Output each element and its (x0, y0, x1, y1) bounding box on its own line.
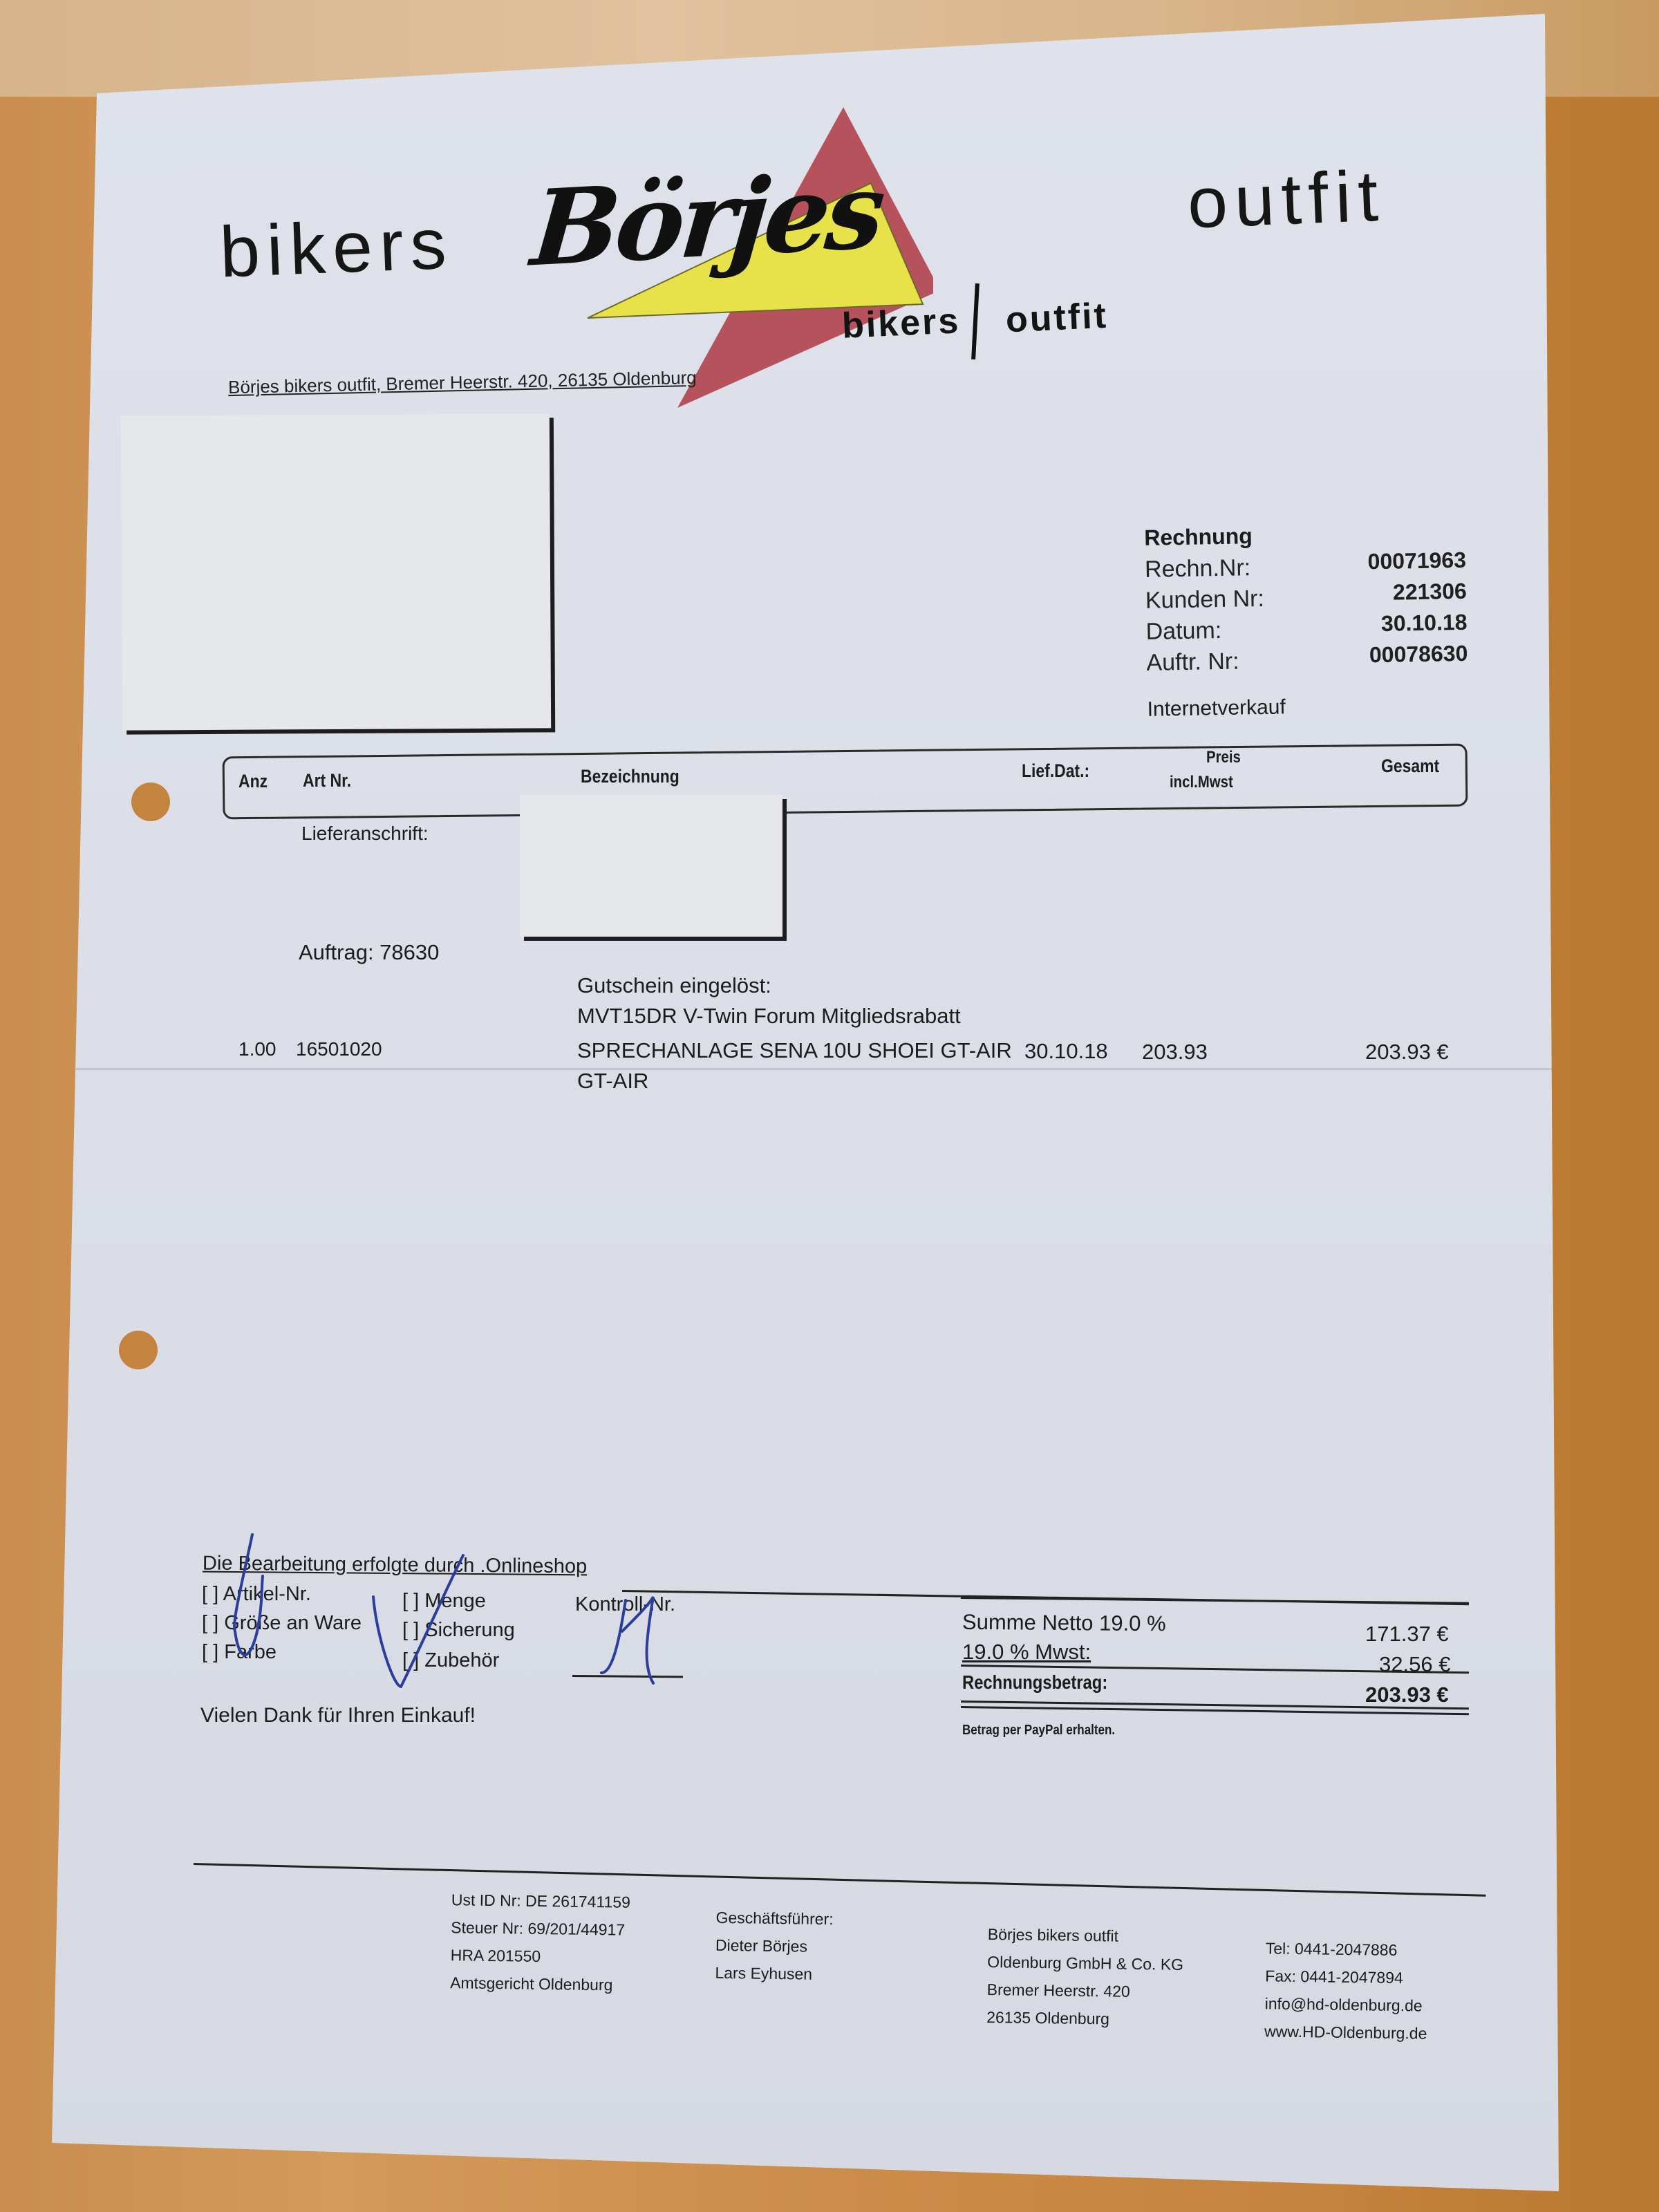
footer-contact: Tel: 0441-2047886 Fax: 0441-2047894 info… (1264, 1934, 1428, 2047)
date-label: Datum: (1145, 617, 1221, 646)
logo-divider (971, 283, 980, 359)
punch-hole (131, 782, 170, 821)
company-city: 26135 Oldenburg (986, 2003, 1183, 2034)
row-delivery-date: 30.10.18 (1024, 1039, 1108, 1064)
logo-word-bikers: bikers (218, 203, 455, 294)
company-street: Bremer Heerstr. 420 (986, 1976, 1183, 2006)
logo-sub-outfit: outfit (1005, 295, 1109, 341)
invoice-number-value: 00071963 (1286, 547, 1467, 577)
invoice-total-value: 203.93 € (1365, 1683, 1449, 1707)
logo-script-name: Börjes (527, 149, 886, 290)
website-link[interactable]: www.HD-Oldenburg.de (1264, 2017, 1427, 2047)
footer-management: Geschäftsführer: Dieter Börjes Lars Eyhu… (715, 1904, 834, 1988)
phone: Tel: 0441-2047886 (1266, 1934, 1429, 1964)
company-legal-name: Oldenburg GmbH & Co. KG (987, 1948, 1183, 1978)
net-total-value: 171.37 € (1365, 1622, 1449, 1647)
logo-word-outfit: outfit (1186, 156, 1387, 245)
email-link[interactable]: info@hd-oldenburg.de (1264, 1989, 1427, 2019)
col-header-delivery-date: Lief.Dat.: (1022, 760, 1089, 782)
date-value: 30.10.18 (1287, 610, 1468, 639)
net-total-label: Summe Netto 19.0 % (962, 1610, 1166, 1637)
managing-director: Dieter Börjes (715, 1931, 834, 1960)
order-number-value: 00078630 (1288, 641, 1468, 670)
payment-note: Betrag per PayPal erhalten. (962, 1723, 1115, 1738)
fax: Fax: 0441-2047894 (1265, 1962, 1428, 1991)
voucher-text: MVT15DR V-Twin Forum Mitgliedsrabatt (577, 1004, 961, 1029)
customer-number-label: Kunden Nr: (1145, 585, 1265, 615)
sales-channel: Internetverkauf (1147, 695, 1286, 721)
row-description-cont: GT-AIR (577, 1069, 648, 1094)
delivery-address-redacted (520, 795, 782, 937)
invoice-paper: bikers Börjes outfit bikers outfit Börje… (0, 0, 1659, 2212)
footer-company: Börjes bikers outfit Oldenburg GmbH & Co… (986, 1920, 1184, 2034)
voucher-label: Gutschein eingelöst: (577, 973, 771, 998)
order-number-label: Auftr. Nr: (1146, 648, 1239, 677)
management-label: Geschäftsführer: (715, 1904, 834, 1933)
thank-you-message: Vielen Dank für Ihren Einkauf! (200, 1704, 476, 1727)
col-header-price-line1: Preis (1206, 748, 1241, 767)
delivery-address-label: Lieferanschrift: (301, 823, 429, 845)
handwritten-checkmarks-icon (194, 1528, 719, 1694)
invoice-number-label: Rechn.Nr: (1145, 554, 1251, 583)
tax-number: Steuer Nr: 69/201/44917 (451, 1913, 630, 1944)
col-header-article: Art Nr. (303, 770, 351, 791)
row-total: 203.93 € (1365, 1040, 1449, 1065)
footer-divider (194, 1863, 1486, 1897)
vat-id: Ust ID Nr: DE 261741159 (451, 1886, 631, 1916)
logo-sub-bikers: bikers (841, 300, 962, 346)
col-header-description: Bezeichnung (581, 766, 679, 787)
invoice-title: Rechnung (1144, 523, 1253, 551)
table-header-box (223, 744, 1468, 820)
col-header-qty: Anz (238, 771, 268, 792)
row-description: SPRECHANLAGE SENA 10U SHOEI GT-AIR (577, 1038, 1012, 1063)
paper-fold (62, 1068, 1555, 1070)
court: Amtsgericht Oldenburg (450, 1969, 630, 1999)
col-header-total: Gesamt (1381, 756, 1439, 777)
customer-number-value: 221306 (1286, 579, 1467, 608)
company-name: Börjes bikers outfit (988, 1920, 1184, 1951)
row-price: 203.93 (1142, 1040, 1208, 1065)
invoice-total-label: Rechnungsbetrag: (962, 1671, 1107, 1694)
punch-hole (119, 1331, 158, 1369)
managing-director: Lars Eyhusen (715, 1959, 833, 1988)
divider (961, 1597, 1469, 1604)
order-reference: Auftrag: 78630 (299, 940, 439, 965)
row-article: 16501020 (296, 1038, 382, 1060)
footer-tax-info: Ust ID Nr: DE 261741159 Steuer Nr: 69/20… (450, 1886, 630, 1999)
col-header-price-line2: incl.Mwst (1170, 773, 1233, 792)
vat-label: 19.0 % Mwst: (962, 1640, 1091, 1665)
recipient-address-redacted (121, 413, 551, 730)
trade-register: HRA 201550 (450, 1941, 630, 1971)
row-qty: 1.00 (238, 1038, 276, 1060)
